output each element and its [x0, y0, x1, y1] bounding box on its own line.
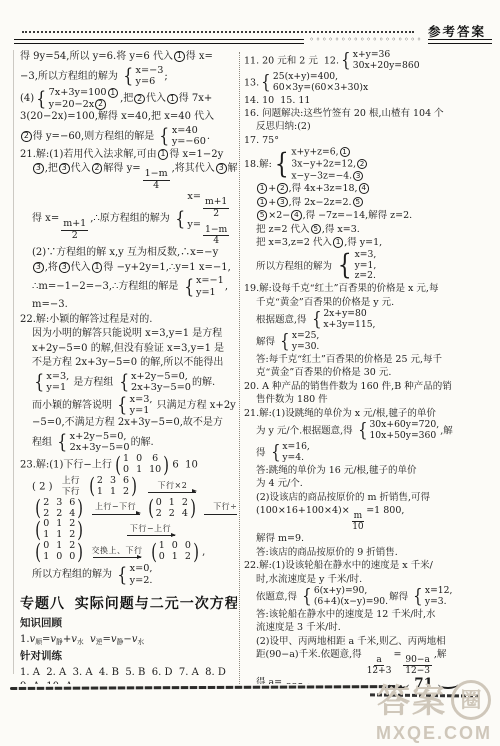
watermark: 答案 圈 MXQE.COM [376, 680, 492, 744]
page-header-title: 参考答案 [428, 22, 486, 40]
answer-line: 得 {x=16,y=4. [244, 442, 492, 464]
answer-line: 答:该店的商品按原价的 9 折销售. [244, 546, 492, 559]
answer-line: 答:该轮船在静水中的速度是 12 千米/时,水 [244, 608, 492, 621]
circled-number: 1 [257, 197, 267, 207]
watermark-logo-badge: 圈 [451, 680, 491, 720]
equation-system: {x=3,y=1 [116, 394, 152, 417]
variable-subscript: v逆 [90, 634, 102, 645]
equation-system: {x=12,y=3. [412, 586, 452, 608]
answer-line: x+2y−5=0 的解,但没有验证 x=3,y=1 是 [20, 342, 237, 357]
answer-line: 而小颖的解答说明 {x=3,y=1 只满足方程 x+2y [20, 394, 237, 417]
answer-line: 1. A 2. A 3. A 4. B 5. B 6. D 7. A 8. D [20, 666, 237, 681]
answers-content: 得 9y=54,所以 y=6.将 y=6 代入1得 x=−3,所以方程组的解为 … [20, 50, 492, 684]
equation-system: {30x+60y=720,10x+50y=360 [357, 420, 440, 442]
answer-line: (012100)交换上、下行(100012), [20, 541, 237, 563]
answer-line: 专题八 实际问题与二元一次方程组 [20, 593, 237, 613]
answer-line: 22.解:小颖的解答过程是对的. [20, 313, 237, 328]
answer-line: 16. 问题解决:这些竹签有 20 根,山楂有 104 个 [244, 107, 492, 120]
matrix: (236112) [88, 476, 139, 498]
matrix: (012224) [147, 498, 198, 520]
fraction: m+12 [61, 219, 88, 241]
header-double-rule: ◦◦◦◦◦◦◦◦◦◦◦◦◦◦◦◦◦◦ [14, 39, 492, 44]
page-left-edge [13, 50, 14, 674]
answer-line: 程组 {x+2y−5=0,2x+3y−5=0的解. [20, 431, 237, 454]
answer-line: 克“黄金”百香果的价格是 30 元. [244, 366, 492, 379]
right-column: 11. 20 元和 2 元 12.{x+y=3630x+20y=86013.{2… [244, 50, 492, 684]
answer-line: 22.解:(1)设该轮船在静水中的速度是 x 千米/ [244, 559, 492, 572]
equation-system: {x+y=3630x+20y=860 [340, 50, 420, 72]
circled-number: 5 [353, 197, 363, 207]
fraction: 2254 [284, 683, 305, 684]
answer-line: 21.解:(1)设跳绳的单价为 x 元/根,毽子的单价 [244, 407, 492, 420]
circled-number: 1 [340, 147, 350, 157]
answer-line: ( 2 ) 上行下行 (236112) 下行×2 [20, 476, 237, 498]
answer-line: (012112) 下行−上行 [20, 519, 237, 541]
circled-number: 2 [92, 163, 103, 174]
answer-line: 因为小明的解答只能说明 x=3,y=1 是方程 [20, 327, 237, 342]
answer-line: 所以方程组的解为 {x=3,y=1,z=2. [244, 250, 492, 283]
equation-system: {x=0,y=2. [116, 563, 152, 586]
answer-line: 3(20−2x)=100,解得 x=40,把 x=40 代入 [20, 110, 237, 125]
equation-system: {x+y+z=6,13x−y+2z=12,2x−y−3z=−4.3 [273, 147, 368, 182]
fraction: 1−m4 [143, 169, 170, 191]
labeled-arrow: 下行−上行 [127, 524, 175, 536]
answer-line: 得 9y=54,所以 y=6.将 y=6 代入1得 x= [20, 50, 237, 65]
labeled-arrow: 上行−下行 [92, 502, 140, 514]
answer-line: 1.v顺=v静+v水 v逆=v静−v水 [20, 633, 237, 648]
equation-system: {x+2y−5=0,2x+3y−5=0 [56, 431, 129, 454]
variable-subscript: v水 [132, 634, 144, 645]
labeled-arrow: 交换上、下行 [92, 546, 143, 558]
answer-line: 答:每千克“红土”百香果的价格是 25 元,每千 [244, 353, 492, 366]
circled-number: 1 [92, 262, 103, 273]
answer-line: m=−3. [20, 298, 237, 313]
circled-number: 1 [257, 183, 267, 193]
variable-subscript: v静 [50, 634, 62, 645]
answer-line: (100×16+100×4)×m10=1 800, [244, 504, 492, 532]
labeled-arrow: 下行×2 [148, 481, 196, 493]
circled-number: 3 [59, 163, 70, 174]
circled-number: 5 [257, 210, 267, 220]
answer-line: −3,所以方程组的解为 {x=−3y=6; [20, 65, 237, 88]
answer-line: 把 z=2 代入5,得 x=3. [244, 223, 492, 236]
answer-line: (2)∵方程组的解 x,y 互为相反数,∴x=−y [20, 246, 237, 261]
equation-system: {x+2y−5=0,2x+3y−5=0 [118, 371, 191, 394]
answer-line: 不是方程 2x+3y−5=0 的解,所以不能得出 [20, 356, 237, 371]
answer-line: 5×2−4,得 −7z=−14,解得 z=2. [244, 209, 492, 222]
answer-line: 13.{25(x+y)=400,60×3y=(60×3+30)x [244, 72, 492, 94]
answer-line: 21.解:(1)若用代入法求解,可由1得 x=1−2y [20, 148, 237, 163]
circled-number: 2 [95, 99, 105, 109]
circled-number: 2 [357, 159, 367, 169]
watermark-logo-text: 答案 [377, 684, 447, 717]
answer-line: 把 x=3,z=2 代入1,得 y=1, [244, 236, 492, 249]
answer-line: 得 x=m+12,∴原方程组的解为 {x=m+12y=1−m4 [20, 191, 237, 246]
answer-line: 为 y 元/个.根据题意,得 {30x+60y=720,10x+50y=360,… [244, 420, 492, 442]
stacked-label: 上行下行 [62, 476, 80, 498]
answer-line: 所以方程组的解为 {x=0,y=2. [20, 563, 237, 586]
answer-line: (2)设甲、丙两地相距 a 千米,则乙、丙两地相 [244, 635, 492, 648]
circled-number: 3 [277, 197, 287, 207]
answer-line: ∴m=−1−2=−3,∴方程组的解是 {x=−1y=1, [20, 275, 237, 298]
circled-number: 1 [333, 237, 343, 247]
left-column: 得 9y=54,所以 y=6.将 y=6 代入1得 x=−3,所以方程组的解为 … [20, 50, 237, 684]
answer-line: 3,把3代入2解得 y=1−m4,将其代入3解 [20, 162, 237, 191]
answer-line: (236224)上行−下行(012224)下行÷2 [20, 498, 237, 520]
variable-subscript: v顺 [30, 634, 42, 645]
circled-number: 2 [134, 94, 145, 105]
answer-line: (4){7x+3y=1001y=20−2x2,把2代入1得 7x+ [20, 87, 237, 110]
answer-line: 9. A 10. A [20, 680, 237, 684]
answer-line: 1+3,得 2x−2z=2.5 [244, 196, 492, 209]
answer-line: 19.解:设每千克“红土”百香果的价格是 x 元,每 [244, 282, 492, 295]
answer-line: 售件数为 180 件 [244, 393, 492, 406]
answer-line: 23.解:(1)下行−上行(1060110)6 10 [20, 454, 237, 476]
fraction: 1−m4 [203, 225, 229, 247]
labeled-arrow: 下行÷2 [204, 502, 237, 514]
answer-line: 答:跳绳的单价为 16 元/根,毽子的单价 [244, 464, 492, 477]
watermark-logo: 答案 圈 [376, 680, 492, 720]
variable-subscript: v水 [71, 634, 83, 645]
matrix: (236224) [34, 498, 85, 520]
answer-line: {x=3,y=1 是方程组 {x+2y−5=0,2x+3y−5=0的解. [20, 371, 237, 394]
equation-system: {x=16,y=4. [270, 442, 310, 464]
answer-line: 14. 10 15. 11 [244, 94, 492, 107]
answer-line: 反思归纳:(2) [244, 120, 492, 133]
matrix: (012100) [34, 541, 85, 563]
circled-number: 1 [108, 88, 118, 98]
answer-line: 11. 20 元和 2 元 12.{x+y=3630x+20y=860 [244, 50, 492, 72]
answer-line: 距(90−a)千米.依题意,得 a12+3=90−a12−3,解 [244, 648, 492, 676]
equation-system: {2x+y=80x+3y=115, [311, 309, 376, 331]
watermark-site: MXQE.COM [376, 723, 492, 744]
answer-line: 流速度是 3 千米/时. [244, 621, 492, 634]
equation-system: {x=3,y=1 [33, 371, 69, 394]
answer-line: 解得 m=9. [244, 532, 492, 545]
fraction: m+12 [203, 197, 229, 219]
circled-number: 3 [33, 262, 44, 273]
answer-line: 知识回顾 [20, 616, 237, 631]
answer-line: 2得 y=−60,则方程组的解是 {x=40y=−60. [20, 125, 237, 148]
circled-number: 5 [311, 224, 321, 234]
equation-system: {x=m+12y=1−m4 [174, 191, 231, 246]
equation-system: {25(x+y)=400,60×3y=(60×3+30)x [260, 72, 368, 94]
fraction: a12+3 [367, 655, 392, 676]
circled-number: 4 [291, 210, 301, 220]
answer-line: 针对训练 [20, 649, 237, 664]
answer-line: 千克“黄金”百香果的价格是 y 元. [244, 296, 492, 309]
header-decoration: ◦◦◦◦◦◦◦◦◦◦◦◦◦◦◦◦◦◦ [304, 35, 428, 45]
circled-number: 1 [174, 51, 185, 62]
circled-number: 3 [216, 163, 227, 174]
answer-line: 3,将3代入1得 −y+2y=1,∴y=1 x=−1, [20, 261, 237, 276]
circled-number: 2 [21, 131, 32, 142]
matrix: (012112) [34, 519, 85, 541]
answer-line: (2)设该店的商品按原价的 m 折销售,可得 [244, 491, 492, 504]
circled-number: 4 [359, 183, 369, 193]
answer-line: 17. 75° [244, 134, 492, 147]
answer-line: 20. A 种产品的销售件数为 160 件,B 种产品的销 [244, 380, 492, 393]
answer-line: 18.解:{x+y+z=6,13x−y+2z=12,2x−y−3z=−4.3 [244, 147, 492, 182]
answer-line: 根据题意,得 {2x+y=80x+3y=115, [244, 309, 492, 331]
equation-system: {x=−3y=6 [122, 65, 163, 88]
equation-system: {x=25,y=30. [279, 331, 319, 353]
answer-line: 解得 {x=25,y=30. [244, 331, 492, 353]
answer-line: −5=0,不满足方程 2x+3y−5=0,故不是方 [20, 416, 237, 431]
circled-number: 1 [167, 94, 178, 105]
column-divider [239, 52, 240, 684]
circled-number: 1 [158, 149, 169, 160]
circled-number: 2 [277, 183, 287, 193]
fraction: m10 [352, 511, 365, 532]
answer-line: 依题意,得 {6(x+y)=90,(6+4)(x−y)=90.解得 {x=12,… [244, 586, 492, 608]
equation-system: {x=3,y=1,z=2. [336, 250, 376, 283]
answer-line: 为 4 元/个. [244, 477, 492, 490]
matrix: (100012) [150, 541, 201, 563]
equation-system: {x=−1y=1 [183, 275, 224, 298]
answer-line: 1+2,得 4x+3z=18,4 [244, 182, 492, 195]
answer-line: 时,水流速度是 y 千米/时. [244, 573, 492, 586]
equation-system: {x=40y=−60 [158, 125, 205, 148]
header-dotted-line [22, 31, 414, 33]
circled-number: 3 [353, 171, 363, 181]
variable-subscript: v静 [111, 634, 123, 645]
circled-number: 3 [59, 262, 70, 273]
fraction: 90−a12−3 [403, 655, 431, 676]
matrix: (1060110) [114, 454, 171, 476]
circled-number: 3 [33, 163, 44, 174]
footer-squiggle-line [10, 685, 402, 690]
equation-system: {6(x+y)=90,(6+4)(x−y)=90. [301, 586, 388, 608]
equation-system: {7x+3y=1001y=20−2x2 [35, 87, 119, 110]
